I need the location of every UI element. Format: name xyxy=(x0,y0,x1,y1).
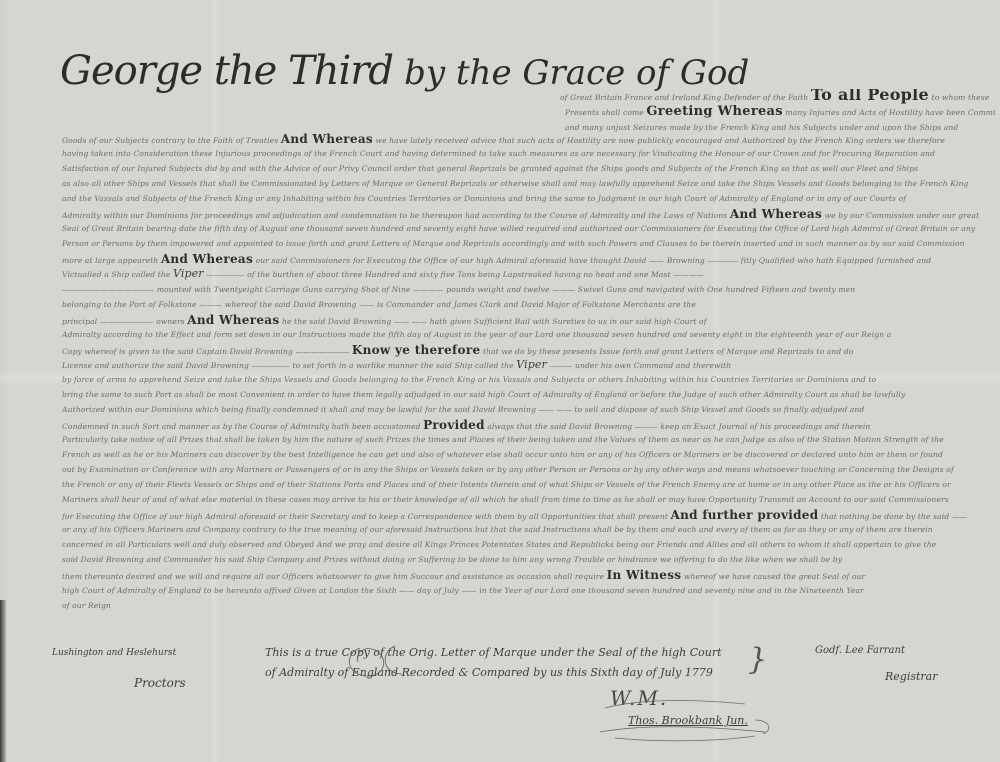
document-body-line: Victualled a Ship called the Viper —————… xyxy=(62,268,992,281)
document-body-line: principal ——————— owners And Whereas he … xyxy=(62,314,992,328)
proctors-names: Lushington and Heslehurst xyxy=(52,648,176,658)
document-body-line: Person or Persons by them impowered and … xyxy=(62,238,992,250)
emphasis-phrase: In Witness xyxy=(607,569,682,582)
heading-grace: by the Grace of God xyxy=(404,53,749,93)
line-text: Goods of our Subjects contrary to the Fa… xyxy=(62,136,278,145)
document-body-line: belonging to the Port of Folkstone ——— w… xyxy=(62,299,992,311)
document-body-line: License and authorize the said David Bro… xyxy=(62,359,992,372)
emphasis-phrase: And Whereas xyxy=(281,133,373,146)
line-text: as also all other Ships and Vessels that… xyxy=(62,179,969,188)
line-text: Particularly take notice of all Prizes t… xyxy=(62,435,944,444)
line-text: Condemned in such Sort and manner as by … xyxy=(62,422,421,431)
header-text: and many unjust Seizures made by the Fre… xyxy=(565,123,958,132)
emphasis-phrase: And Whereas xyxy=(187,314,279,327)
line-text: Authorized within our Dominions which be… xyxy=(62,405,864,414)
ship-name: Viper xyxy=(516,359,547,371)
header-text: many Injuries and Acts of Hostility have… xyxy=(785,108,995,117)
line-text: License and authorize the said David Bro… xyxy=(62,361,514,370)
line-text: said David Browning and Commander his sa… xyxy=(62,555,842,564)
document-body-line: and the Vassals and Subjects of the Fren… xyxy=(62,193,992,205)
document-body-line: bring the same to such Port as shall be … xyxy=(62,389,992,401)
ship-name: Viper xyxy=(173,268,204,280)
line-text: or any of his Officers Mariners and Comp… xyxy=(62,525,933,534)
document-body-line: high Court of Admiralty of England to be… xyxy=(62,585,992,597)
document-body-line: or any of his Officers Mariners and Comp… xyxy=(62,524,992,536)
line-text: we have lately received advice that such… xyxy=(375,136,944,145)
header-text: Presents shall come xyxy=(565,108,644,117)
line-text: Person or Persons by them impowered and … xyxy=(62,239,965,248)
line-text: Admiralty within our Dominions for proce… xyxy=(62,211,727,220)
signature-flourish-icon xyxy=(595,690,775,745)
emphasis-phrase: Know ye therefore xyxy=(352,344,481,357)
line-text: bring the same to such Port as shall be … xyxy=(62,390,905,399)
line-text: always that the said David Browning ——— … xyxy=(487,422,870,431)
line-text: and the Vassals and Subjects of the Fren… xyxy=(62,194,906,203)
emphasis-phrase: And further provided xyxy=(671,509,819,522)
document-body-line: Goods of our Subjects contrary to the Fa… xyxy=(62,133,992,147)
document-body-line: Admiralty within our Dominions for proce… xyxy=(62,208,992,222)
line-text: belonging to the Port of Folkstone ——— w… xyxy=(62,300,696,309)
registrar-title: Registrar xyxy=(885,670,938,683)
line-text: French as well as he or his Mariners can… xyxy=(62,450,943,459)
registrar-name: Godf. Lee Farrant xyxy=(815,645,905,656)
line-text: the French or any of their Fleets Vessel… xyxy=(62,480,951,489)
line-text: concerned in all Particulars well and du… xyxy=(62,540,936,549)
document-body-line: Condemned in such Sort and manner as by … xyxy=(62,419,992,433)
seal-loop-icon xyxy=(340,638,440,688)
proctors-title: Proctors xyxy=(134,676,186,690)
parchment-document: George the Third by the Grace of God of … xyxy=(0,0,1000,762)
bracket-icon: } xyxy=(748,642,767,677)
document-body-line: the French or any of their Fleets Vessel… xyxy=(62,479,992,491)
line-text: Satisfaction of our Injured Subjects did… xyxy=(62,164,918,173)
header-text: of Great Britain France and Ireland King… xyxy=(560,93,808,102)
document-body-line: of our Reign xyxy=(62,600,262,612)
document-body-line: concerned in all Particulars well and du… xyxy=(62,539,992,551)
line-text: Copy whereof is given to the said Captai… xyxy=(62,347,349,356)
document-body-line: Satisfaction of our Injured Subjects did… xyxy=(62,163,992,175)
line-text: Admiralty according to the Effect and fo… xyxy=(62,330,891,339)
line-text: he the said David Browning —— —— hath gi… xyxy=(282,317,707,326)
header-text: to whom these xyxy=(932,93,990,102)
line-text: whereof we have caused the great Seal of… xyxy=(684,572,865,581)
document-body-line: having taken into Consideration these In… xyxy=(62,148,992,160)
line-text: of our Reign xyxy=(62,601,111,610)
line-text: by force of arms to apprehend Seize and … xyxy=(62,375,876,384)
certification-line-1: This is a true Copy of the Orig. Letter … xyxy=(265,646,725,659)
document-body-line: Particularly take notice of all Prizes t… xyxy=(62,434,992,446)
certification-line-2: of Admiralty of England Recorded & Compa… xyxy=(265,666,725,679)
document-body-line: said David Browning and Commander his sa… xyxy=(62,554,992,566)
line-text: our said Commissioners for Executing the… xyxy=(256,256,932,265)
line-text: for Executing the Office of our high Adm… xyxy=(62,512,668,521)
header-line-2: Presents shall come Greeting Whereas man… xyxy=(565,104,995,121)
document-body-line: Copy whereof is given to the said Captai… xyxy=(62,344,992,358)
document-body-line: more at large appeareth And Whereas our … xyxy=(62,253,992,267)
document-body-line: Mariners shall hear of and of what else … xyxy=(62,494,992,506)
emphasis-phrase: And Whereas xyxy=(161,253,253,266)
line-text: more at large appeareth xyxy=(62,256,158,265)
document-body-line: Authorized within our Dominions which be… xyxy=(62,404,992,416)
line-text: having taken into Consideration these In… xyxy=(62,149,935,158)
line-text: ———————————— mounted with Twentyeight Ca… xyxy=(62,285,855,294)
heading-king-name: George the Third xyxy=(60,48,393,94)
line-text: that nothing be done by the said —— xyxy=(821,512,967,521)
line-text: them thereunto desired and we will and r… xyxy=(62,572,604,581)
line-text: we by our Commission under our great xyxy=(825,211,980,220)
document-body-line: as also all other Ships and Vessels that… xyxy=(62,178,992,190)
document-heading: George the Third by the Grace of God xyxy=(60,48,749,94)
document-body-line: by force of arms to apprehend Seize and … xyxy=(62,374,992,386)
document-body-line: French as well as he or his Mariners can… xyxy=(62,449,992,461)
line-text: high Court of Admiralty of England to be… xyxy=(62,586,864,595)
line-text: principal ——————— owners xyxy=(62,317,185,326)
document-body-line: for Executing the Office of our high Adm… xyxy=(62,509,992,523)
line-text: ——— under his own Command and therewith xyxy=(549,361,731,370)
document-body-line: Admiralty according to the Effect and fo… xyxy=(62,329,992,341)
emphasis-phrase: Provided xyxy=(423,419,485,432)
line-text: Mariners shall hear of and of what else … xyxy=(62,495,949,504)
document-body-line: them thereunto desired and we will and r… xyxy=(62,569,992,583)
document-body-line: Seal of Great Britain bearing date the f… xyxy=(62,223,992,235)
emphasis-phrase: And Whereas xyxy=(730,208,822,221)
to-all-people: To all People xyxy=(811,89,929,104)
page-edge-shadow xyxy=(0,600,6,762)
line-text: that we do by these presents Issue forth… xyxy=(483,347,854,356)
line-text: Seal of Great Britain bearing date the f… xyxy=(62,224,975,233)
document-body-line: ———————————— mounted with Twentyeight Ca… xyxy=(62,284,992,296)
document-body-line: out by Examination or Conference with an… xyxy=(62,464,992,476)
greeting-whereas: Greeting Whereas xyxy=(646,104,783,119)
line-text: Victualled a Ship called the xyxy=(62,270,171,279)
header-line-1: of Great Britain France and Ireland King… xyxy=(560,89,990,104)
line-text: out by Examination or Conference with an… xyxy=(62,465,954,474)
line-text: ————— of the burthen of about three Hund… xyxy=(206,270,704,279)
